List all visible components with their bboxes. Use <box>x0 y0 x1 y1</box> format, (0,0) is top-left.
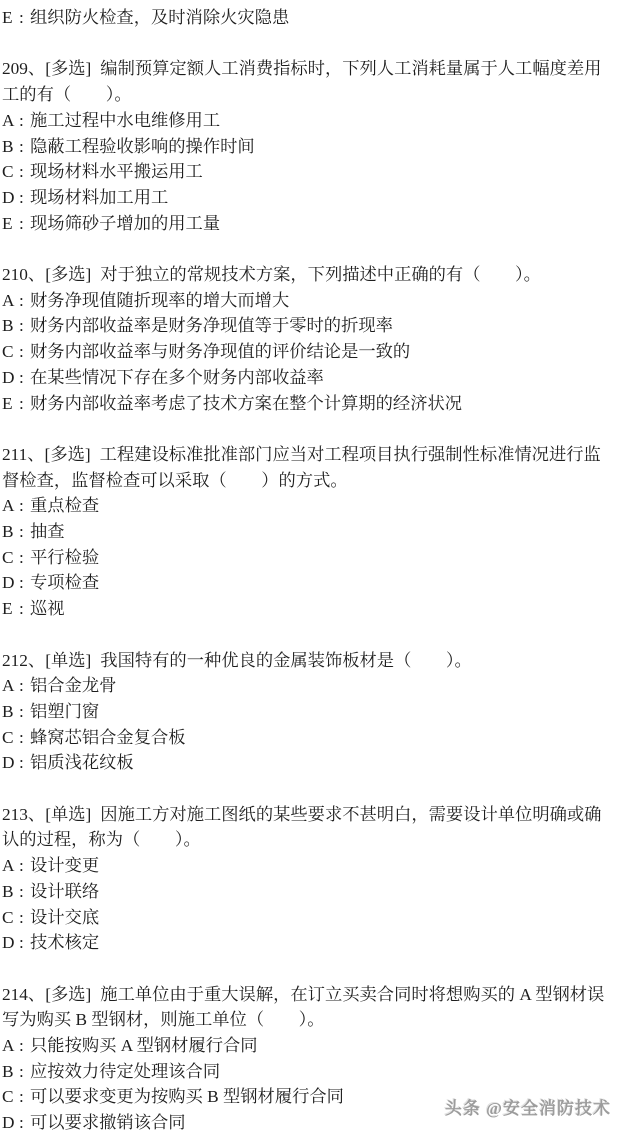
option-label: B <box>2 699 19 725</box>
option-text: 可以要求撤销该合同 <box>30 1113 186 1132</box>
option-label: B <box>2 519 19 545</box>
question-head: 209、[多选]编制预算定额人工消费指标时，下列人工消耗量属于人工幅度差用工的有… <box>2 56 613 107</box>
question-head: 213、[单选]因施工方对施工图纸的某些要求不甚明白，需要设计单位明确或确认的过… <box>2 802 613 853</box>
option-row: C:平行检验 <box>2 545 613 571</box>
option-text: 应按效力待定处理该合同 <box>30 1062 220 1081</box>
option-text: 只能按购买 A 型钢材履行合同 <box>30 1036 258 1055</box>
option-colon: : <box>19 699 30 725</box>
option-label: E <box>2 211 19 237</box>
option-label: D <box>2 185 19 211</box>
option-text: 设计交底 <box>30 908 99 927</box>
option-colon: : <box>19 134 30 160</box>
option-row: E:组织防火检查，及时消除火灾隐患 <box>2 5 613 31</box>
option-row: C:设计交底 <box>2 905 613 931</box>
option-label: D <box>2 365 19 391</box>
option-colon: : <box>19 339 30 365</box>
option-colon: : <box>19 673 30 699</box>
option-label: D <box>2 1110 19 1135</box>
question-212: 212、[单选]我国特有的一种优良的金属装饰板材是（ ）。 A:铝合金龙骨 B:… <box>2 648 613 777</box>
option-label: D <box>2 750 19 776</box>
option-row: E:财务内部收益率考虑了技术方案在整个计算期的经济状况 <box>2 391 613 417</box>
option-colon: : <box>19 108 30 134</box>
option-text: 蜂窝芯铝合金复合板 <box>30 728 186 747</box>
option-row: D:在某些情况下存在多个财务内部收益率 <box>2 365 613 391</box>
option-colon: : <box>19 391 30 417</box>
option-label: A <box>2 493 19 519</box>
option-row: B:应按效力待定处理该合同 <box>2 1059 613 1085</box>
option-text: 组织防火检查，及时消除火灾隐患 <box>30 8 289 27</box>
question-stem: 施工单位由于重大误解，在订立买卖合同时将想购买的 A 型钢材误写为购买 B 型钢… <box>2 985 604 1030</box>
question-number: 214、[多选] <box>2 985 91 1004</box>
option-colon: : <box>19 545 30 571</box>
option-row: A:施工过程中水电维修用工 <box>2 108 613 134</box>
option-label: B <box>2 879 19 905</box>
option-text: 设计变更 <box>30 856 99 875</box>
option-text: 专项检查 <box>30 573 99 592</box>
option-text: 抽查 <box>30 522 65 541</box>
watermark: 头条 @安全消防技术 <box>445 1096 611 1122</box>
option-text: 财务内部收益率考虑了技术方案在整个计算期的经济状况 <box>30 394 462 413</box>
option-colon: : <box>19 1059 30 1085</box>
option-text: 设计联络 <box>30 882 99 901</box>
option-row: A:铝合金龙骨 <box>2 673 613 699</box>
question-number: 212、[单选] <box>2 651 91 670</box>
question-stem: 因施工方对施工图纸的某些要求不甚明白，需要设计单位明确或确认的过程，称为（ ）。 <box>2 805 601 850</box>
option-text: 施工过程中水电维修用工 <box>30 111 220 130</box>
option-row: B:铝塑门窗 <box>2 699 613 725</box>
option-label: A <box>2 853 19 879</box>
question-211: 211、[多选]工程建设标准批准部门应当对工程项目执行强制性标准情况进行监督检查… <box>2 442 613 622</box>
question-number: 210、[多选] <box>2 265 91 284</box>
option-text: 在某些情况下存在多个财务内部收益率 <box>30 368 324 387</box>
option-text: 财务内部收益率与财务净现值的评价结论是一致的 <box>30 342 410 361</box>
option-colon: : <box>19 930 30 956</box>
question-number: 213、[单选] <box>2 805 91 824</box>
option-text: 巡视 <box>30 599 65 618</box>
option-text: 隐蔽工程验收影响的操作时间 <box>30 137 255 156</box>
option-colon: : <box>19 570 30 596</box>
option-colon: : <box>19 288 30 314</box>
option-colon: : <box>19 1084 30 1110</box>
option-label: C <box>2 545 19 571</box>
question-number: 211、[多选] <box>2 445 91 464</box>
option-row: A:财务净现值随折现率的增大而增大 <box>2 288 613 314</box>
option-colon: : <box>19 5 30 31</box>
option-row: A:设计变更 <box>2 853 613 879</box>
option-label: B <box>2 1059 19 1085</box>
option-row: D:技术核定 <box>2 930 613 956</box>
option-row: B:设计联络 <box>2 879 613 905</box>
option-label: C <box>2 339 19 365</box>
option-colon: : <box>19 596 30 622</box>
option-text: 铝质浅花纹板 <box>30 753 134 772</box>
option-row: A:只能按购买 A 型钢材履行合同 <box>2 1033 613 1059</box>
option-row: C:财务内部收益率与财务净现值的评价结论是一致的 <box>2 339 613 365</box>
option-row: C:现场材料水平搬运用工 <box>2 159 613 185</box>
option-colon: : <box>19 185 30 211</box>
option-colon: : <box>19 725 30 751</box>
option-row: B:财务内部收益率是财务净现值等于零时的折现率 <box>2 313 613 339</box>
option-label: B <box>2 313 19 339</box>
question-213: 213、[单选]因施工方对施工图纸的某些要求不甚明白，需要设计单位明确或确认的过… <box>2 802 613 956</box>
option-colon: : <box>19 519 30 545</box>
option-text: 财务内部收益率是财务净现值等于零时的折现率 <box>30 316 393 335</box>
option-label: A <box>2 288 19 314</box>
option-row: A:重点检查 <box>2 493 613 519</box>
question-head: 211、[多选]工程建设标准批准部门应当对工程项目执行强制性标准情况进行监督检查… <box>2 442 613 493</box>
option-row: B:隐蔽工程验收影响的操作时间 <box>2 134 613 160</box>
question-head: 214、[多选]施工单位由于重大误解，在订立买卖合同时将想购买的 A 型钢材误写… <box>2 982 613 1033</box>
option-label: D <box>2 570 19 596</box>
option-colon: : <box>19 365 30 391</box>
question-209: 209、[多选]编制预算定额人工消费指标时，下列人工消耗量属于人工幅度差用工的有… <box>2 56 613 236</box>
option-label: C <box>2 159 19 185</box>
option-colon: : <box>19 493 30 519</box>
question-stem: 工程建设标准批准部门应当对工程项目执行强制性标准情况进行监督检查，监督检查可以采… <box>2 445 601 490</box>
option-text: 可以要求变更为按购买 B 型钢材履行合同 <box>30 1087 344 1106</box>
option-label: B <box>2 134 19 160</box>
option-colon: : <box>19 750 30 776</box>
question-stem: 对于独立的常规技术方案，下列描述中正确的有（ ）。 <box>100 265 541 284</box>
option-row: D:铝质浅花纹板 <box>2 750 613 776</box>
option-label: D <box>2 930 19 956</box>
option-row: B:抽查 <box>2 519 613 545</box>
option-label: A <box>2 1033 19 1059</box>
option-text: 现场筛砂子增加的用工量 <box>30 214 220 233</box>
option-text: 技术核定 <box>30 933 99 952</box>
option-label: E <box>2 5 19 31</box>
option-colon: : <box>19 905 30 931</box>
carryover-option-block: E:组织防火检查，及时消除火灾隐患 <box>2 5 613 31</box>
option-colon: : <box>19 211 30 237</box>
question-head: 212、[单选]我国特有的一种优良的金属装饰板材是（ ）。 <box>2 648 613 674</box>
option-colon: : <box>19 159 30 185</box>
option-label: A <box>2 673 19 699</box>
option-colon: : <box>19 879 30 905</box>
question-stem: 我国特有的一种优良的金属装饰板材是（ ）。 <box>100 651 472 670</box>
option-colon: : <box>19 1110 30 1135</box>
option-row: E:巡视 <box>2 596 613 622</box>
option-colon: : <box>19 313 30 339</box>
option-text: 财务净现值随折现率的增大而增大 <box>30 291 289 310</box>
option-text: 现场材料水平搬运用工 <box>30 162 203 181</box>
option-text: 重点检查 <box>30 496 99 515</box>
question-210: 210、[多选]对于独立的常规技术方案，下列描述中正确的有（ ）。 A:财务净现… <box>2 262 613 416</box>
option-text: 铝塑门窗 <box>30 702 99 721</box>
option-label: A <box>2 108 19 134</box>
question-head: 210、[多选]对于独立的常规技术方案，下列描述中正确的有（ ）。 <box>2 262 613 288</box>
option-row: D:现场材料加工用工 <box>2 185 613 211</box>
option-row: C:蜂窝芯铝合金复合板 <box>2 725 613 751</box>
option-row: E:现场筛砂子增加的用工量 <box>2 211 613 237</box>
option-label: C <box>2 725 19 751</box>
question-stem: 编制预算定额人工消费指标时，下列人工消耗量属于人工幅度差用工的有（ ）。 <box>2 59 601 104</box>
option-colon: : <box>19 853 30 879</box>
option-label: C <box>2 905 19 931</box>
question-number: 209、[多选] <box>2 59 91 78</box>
option-colon: : <box>19 1033 30 1059</box>
option-label: E <box>2 391 19 417</box>
option-label: E <box>2 596 19 622</box>
option-text: 现场材料加工用工 <box>30 188 168 207</box>
option-text: 平行检验 <box>30 548 99 567</box>
option-row: D:专项检查 <box>2 570 613 596</box>
option-label: C <box>2 1084 19 1110</box>
option-text: 铝合金龙骨 <box>30 676 116 695</box>
